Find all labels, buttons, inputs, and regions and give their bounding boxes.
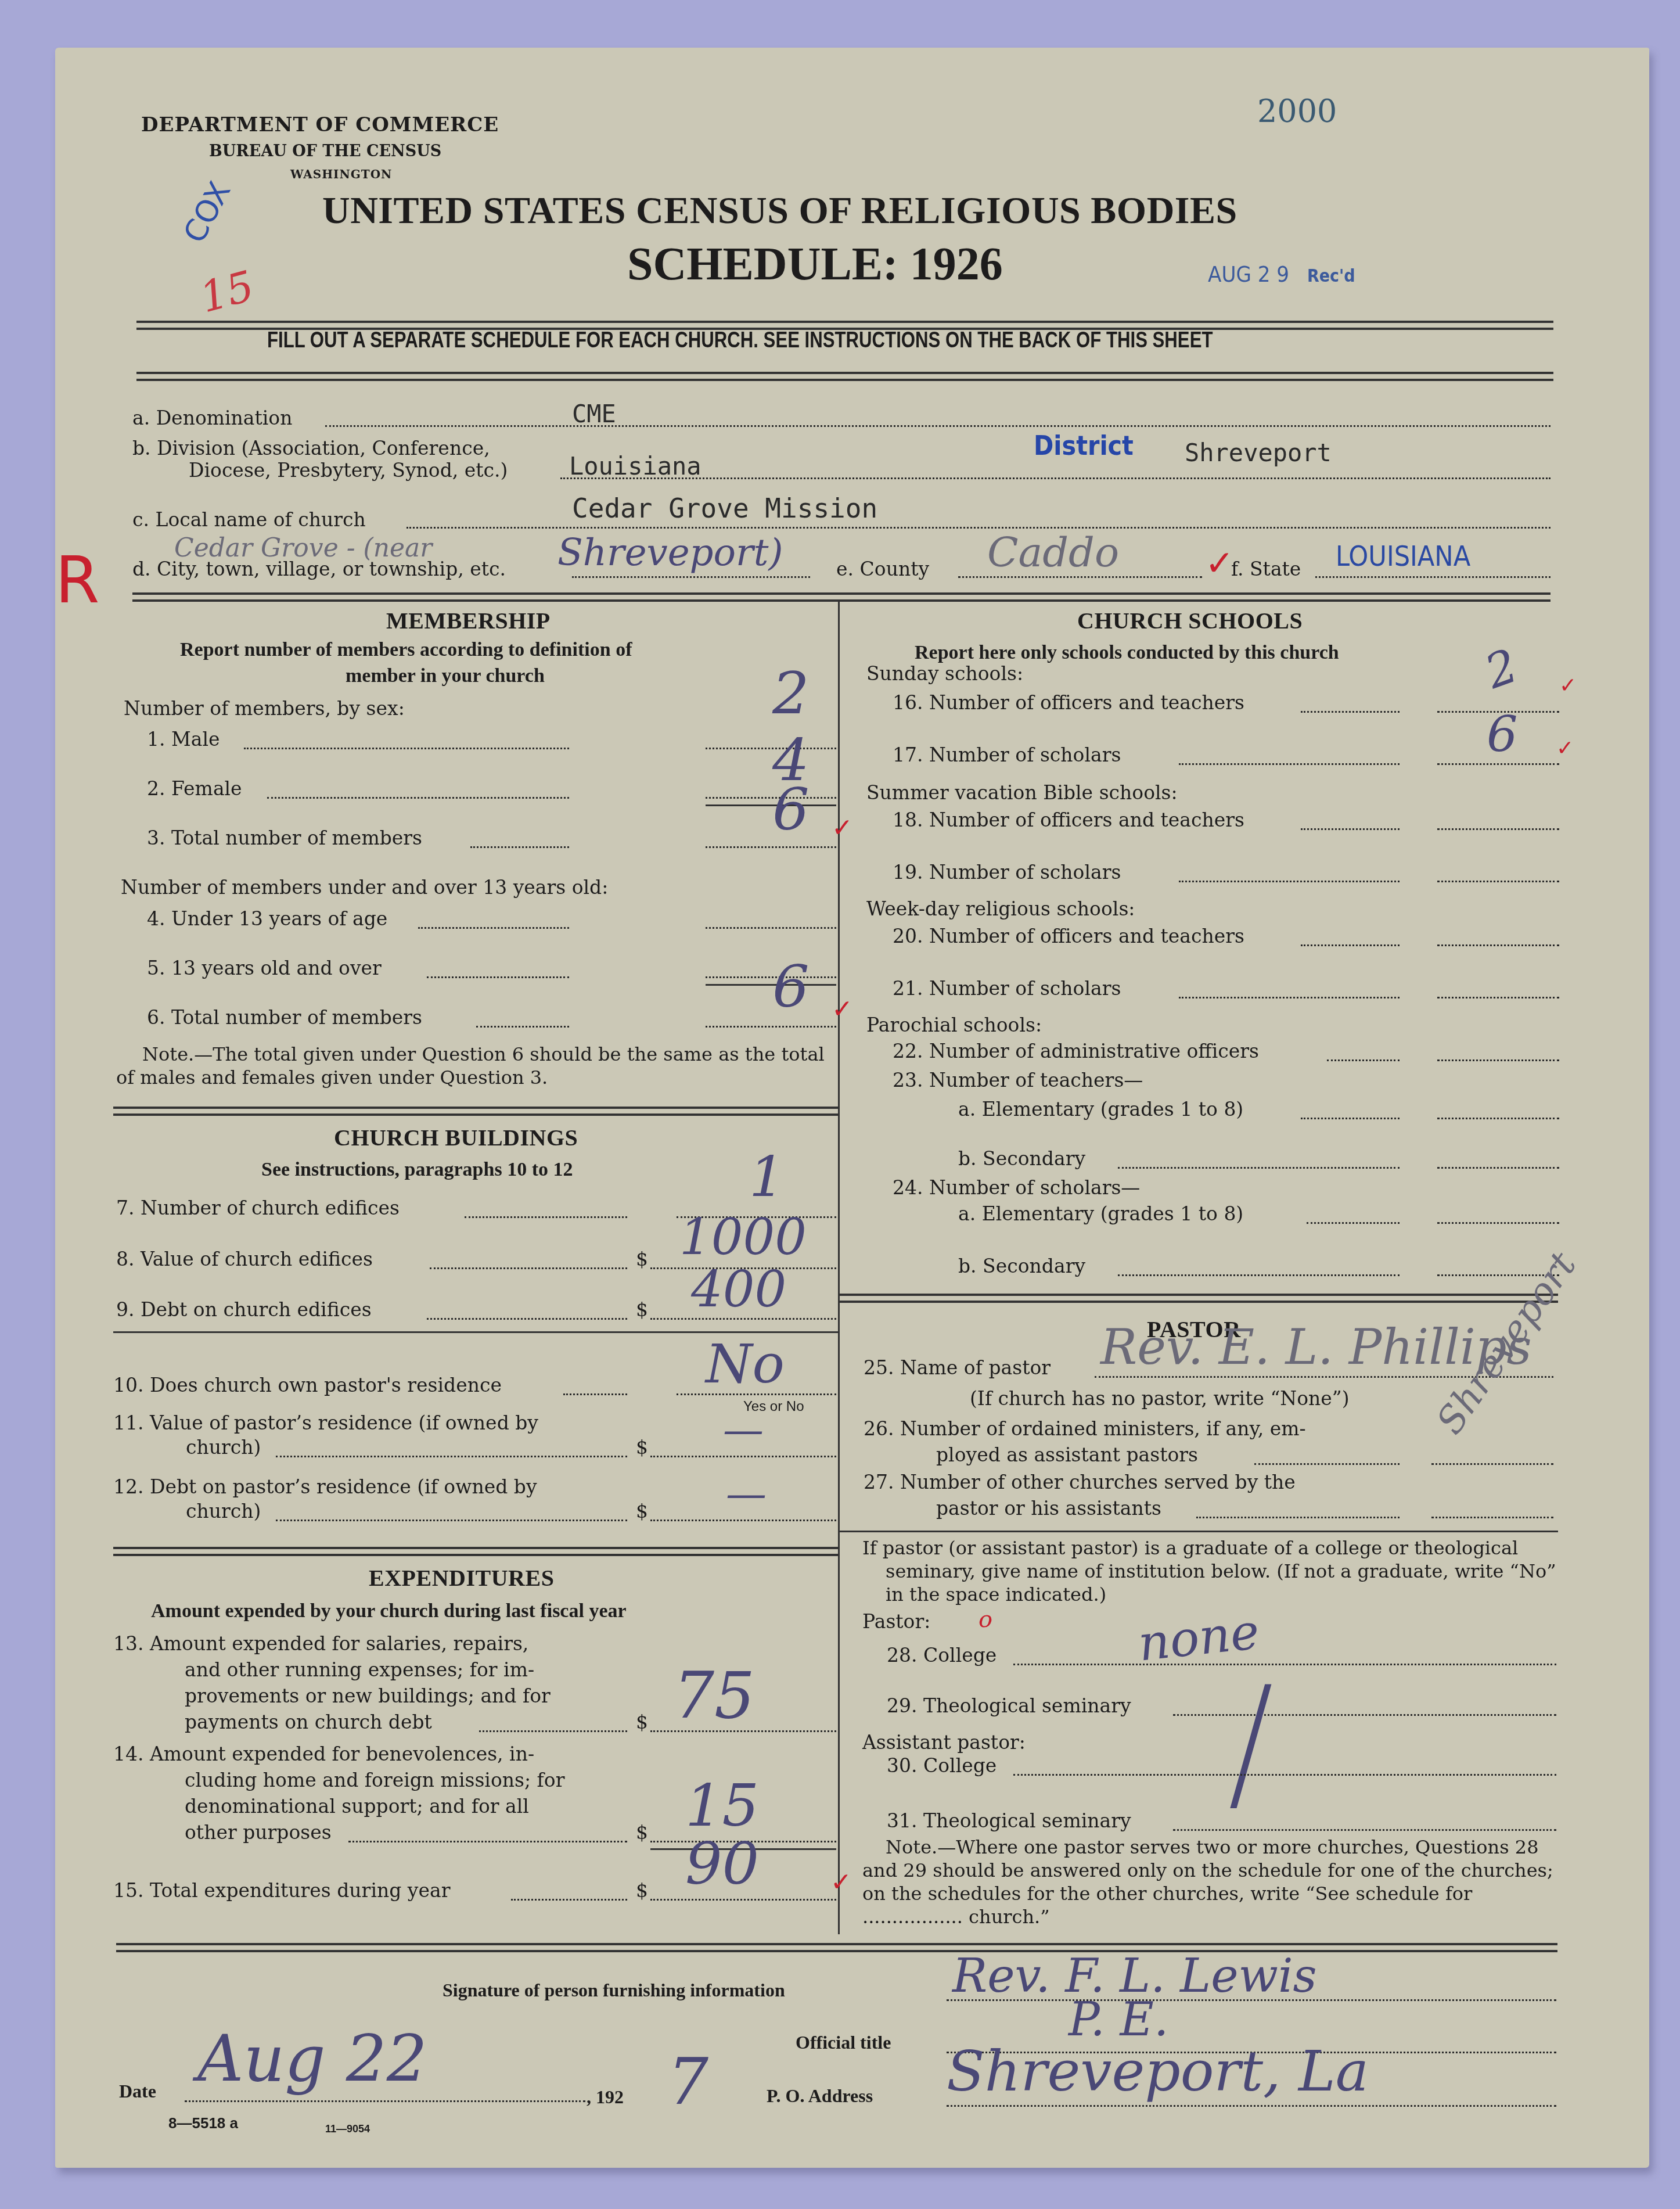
q24-label: 24. Number of scholars— xyxy=(893,1176,1140,1199)
city-field[interactable] xyxy=(572,576,810,578)
schools-title: CHURCH SCHOOLS xyxy=(1077,607,1303,634)
schools-subtitle: Report here only schools conducted by th… xyxy=(915,642,1339,664)
q19-label: 19. Number of scholars xyxy=(893,861,1121,883)
q3-total-label: 3. Total number of members xyxy=(147,827,422,849)
q14-label-3: denominational support; and for all xyxy=(185,1795,529,1818)
expenditures-title: EXPENDITURES xyxy=(369,1564,554,1592)
assistant-pastor-label: Assistant pastor: xyxy=(862,1731,1026,1754)
expenditures-subtitle: Amount expended by your church during la… xyxy=(151,1600,627,1622)
denomination-label: a. Denomination xyxy=(132,407,292,429)
q30-college-field[interactable] xyxy=(1013,1774,1556,1776)
pastor-divider xyxy=(838,1531,1558,1532)
column-divider xyxy=(838,599,840,1934)
q11-label-2: church) xyxy=(186,1436,261,1459)
q6-total-label: 6. Total number of members xyxy=(147,1006,422,1029)
q13-leader-dots xyxy=(479,1730,627,1732)
q12-value: — xyxy=(726,1470,767,1517)
q26-label-1: 26. Number of ordained ministers, if any… xyxy=(864,1417,1306,1440)
q17-field[interactable] xyxy=(1437,763,1559,765)
q31-seminary-field[interactable] xyxy=(1173,1829,1556,1831)
q9-leader-dots xyxy=(427,1318,627,1320)
year-value: 7 xyxy=(668,2045,708,2119)
state-field[interactable] xyxy=(1315,576,1551,578)
q8-dollar-sign: $ xyxy=(636,1248,648,1270)
local-name-label: c. Local name of church xyxy=(132,508,366,531)
q8-leader-dots xyxy=(430,1267,627,1269)
q12-label-2: church) xyxy=(186,1500,261,1522)
q20-leader-dots xyxy=(1301,944,1400,946)
file-number-stamp: 2000 xyxy=(1257,93,1337,130)
q11-dollar-sign: $ xyxy=(636,1436,648,1459)
q23a-field[interactable] xyxy=(1437,1118,1559,1119)
membership-note: Note.—The total given under Question 6 s… xyxy=(116,1043,828,1089)
q15-total-field[interactable] xyxy=(650,1899,836,1901)
county-label: e. County xyxy=(836,558,929,580)
department-name: DEPARTMENT OF COMMERCE xyxy=(141,113,499,137)
q13-dollar-sign: $ xyxy=(636,1711,648,1733)
q10-residence-value: No xyxy=(706,1333,785,1395)
q9-dollar-sign: $ xyxy=(636,1298,648,1321)
denomination-field[interactable] xyxy=(325,425,1551,427)
q22-leader-dots xyxy=(1327,1059,1400,1061)
received-date: AUG 2 9 xyxy=(1208,261,1289,287)
bureau-city: WASHINGTON xyxy=(290,167,392,181)
q13-label-4: payments on church debt xyxy=(185,1711,432,1733)
q1-male-label: 1. Male xyxy=(147,728,220,750)
q9-debt-value: 400 xyxy=(691,1260,786,1319)
q12-debt-field[interactable] xyxy=(650,1520,836,1521)
q10-leader-dots xyxy=(563,1393,627,1395)
q27-label-2: pastor or his assistants xyxy=(936,1497,1161,1520)
red-r-mark: R xyxy=(55,543,99,617)
q3-total-value: 6 xyxy=(772,775,810,843)
city-label: d. City, town, village, or township, etc… xyxy=(132,558,506,580)
q6-leader-dots xyxy=(476,1026,569,1028)
q4-under13-field[interactable] xyxy=(706,927,836,929)
q12-label-1: 12. Debt on pastor’s residence (if owned… xyxy=(113,1475,537,1498)
q16-leader-dots xyxy=(1301,711,1400,713)
q3-total-field[interactable] xyxy=(706,846,836,848)
summer-schools-label: Summer vacation Bible schools: xyxy=(866,781,1178,804)
sunday-schools-label: Sunday schools: xyxy=(866,662,1023,685)
q2-female-label: 2. Female xyxy=(147,777,242,800)
q28-label: 28. College xyxy=(887,1644,997,1666)
q5-sum-rule xyxy=(706,984,836,986)
q31-label: 31. Theological seminary xyxy=(887,1809,1131,1832)
official-title-label: Official title xyxy=(796,2032,891,2053)
q17-leader-dots xyxy=(1179,763,1400,765)
q26-field[interactable] xyxy=(1431,1463,1553,1465)
q5-leader-dots xyxy=(427,976,569,978)
members-by-sex-label: Number of members, by sex: xyxy=(124,697,405,720)
schools-divider xyxy=(838,1294,1558,1296)
q13-label-2: and other running expenses; for im- xyxy=(185,1658,534,1681)
division-field[interactable] xyxy=(560,477,1551,479)
q7-leader-dots xyxy=(465,1216,627,1218)
q29-label: 29. Theological seminary xyxy=(887,1694,1131,1717)
q15-total-value: 90 xyxy=(685,1830,759,1898)
q7-edifices-label: 7. Number of church edifices xyxy=(116,1197,400,1219)
q23a-label: a. Elementary (grades 1 to 8) xyxy=(958,1098,1243,1120)
weekday-schools-label: Week-day religious schools: xyxy=(866,897,1135,920)
q17-check-mark: ✓ xyxy=(1556,737,1574,760)
city-value: Shreveport) xyxy=(557,531,783,574)
q22-field[interactable] xyxy=(1437,1059,1559,1061)
membership-title: MEMBERSHIP xyxy=(386,607,551,634)
q1-leader-dots xyxy=(244,748,569,749)
q8-value-label: 8. Value of church edifices xyxy=(116,1248,373,1270)
q11-value: — xyxy=(723,1406,764,1453)
received-date-stamp: AUG 2 9 Rec'd xyxy=(1208,261,1355,287)
q23b-field[interactable] xyxy=(1437,1167,1559,1169)
q1-male-value: 2 xyxy=(772,659,810,727)
q12-leader-dots xyxy=(276,1520,627,1521)
date-value: Aug 22 xyxy=(197,2021,427,2096)
q15-dollar-sign: $ xyxy=(636,1879,648,1902)
q27-leader-dots xyxy=(1196,1517,1400,1518)
q29-seminary-field[interactable] xyxy=(1173,1714,1556,1716)
denomination-value: CME xyxy=(572,400,616,428)
district-value: Shreveport xyxy=(1185,439,1332,467)
membership-divider xyxy=(113,1107,838,1109)
q23b-label: b. Secondary xyxy=(958,1147,1085,1170)
q13-label-3: provements or new buildings; and for xyxy=(185,1684,551,1707)
membership-subtitle-2: member in your church xyxy=(346,665,545,687)
form-number: 8—5518 a xyxy=(168,2114,238,2132)
received-label: Rec'd xyxy=(1307,266,1355,286)
q8-value: 1000 xyxy=(679,1208,807,1266)
q21-label: 21. Number of scholars xyxy=(893,977,1121,1000)
q11-label-1: 11. Value of pastor’s residence (if owne… xyxy=(113,1411,538,1434)
q20-field[interactable] xyxy=(1437,944,1559,946)
education-intro: If pastor (or assistant pastor) is a gra… xyxy=(862,1536,1580,1606)
header-divider xyxy=(136,321,1553,323)
q4-leader-dots xyxy=(418,927,569,929)
q6-total-field[interactable] xyxy=(706,1026,836,1028)
q26-leader-dots xyxy=(1254,1463,1400,1465)
q3-check-mark: ✓ xyxy=(832,813,853,843)
q3-leader-dots xyxy=(470,846,569,848)
buildings-subtitle: See instructions, paragraphs 10 to 12 xyxy=(261,1159,573,1181)
q24a-field[interactable] xyxy=(1437,1222,1559,1224)
q18-label: 18. Number of officers and teachers xyxy=(893,809,1244,831)
q14-leader-dots xyxy=(348,1841,627,1842)
q24a-label: a. Elementary (grades 1 to 8) xyxy=(958,1202,1243,1225)
q10-residence-label: 10. Does church own pastor's residence xyxy=(113,1374,502,1396)
footer-divider xyxy=(116,1943,1557,1945)
county-check-mark: ✓ xyxy=(1205,543,1234,584)
q13-amount-value: 75 xyxy=(674,1658,755,1733)
q19-field[interactable] xyxy=(1437,881,1559,882)
q2-leader-dots xyxy=(267,797,569,799)
q2-sum-rule xyxy=(706,804,836,806)
schedule-title: SCHEDULE: 1926 xyxy=(627,238,1003,291)
state-label: f. State xyxy=(1231,558,1301,580)
q26-label-2: ployed as assistant pastors xyxy=(936,1443,1198,1466)
q18-leader-dots xyxy=(1301,828,1400,830)
q14-dollar-sign: $ xyxy=(636,1821,648,1844)
po-address-label: P. O. Address xyxy=(767,2085,873,2107)
q24b-label: b. Secondary xyxy=(958,1255,1085,1277)
print-code: 11—9054 xyxy=(325,2123,370,2135)
pastor-education-label: Pastor: xyxy=(862,1610,930,1633)
q18-field[interactable] xyxy=(1437,828,1559,830)
year-prefix: , 192 xyxy=(587,2086,624,2108)
membership-subtitle-1: Report number of members according to de… xyxy=(180,639,632,661)
q12-dollar-sign: $ xyxy=(636,1500,648,1522)
buildings-divider xyxy=(113,1547,838,1549)
q23b-leader-dots xyxy=(1118,1167,1400,1169)
q15-check-mark: ✓ xyxy=(830,1867,852,1897)
q25-label: 25. Name of pastor xyxy=(864,1356,1051,1379)
q21-field[interactable] xyxy=(1437,997,1559,998)
q24a-leader-dots xyxy=(1307,1222,1400,1224)
q25-hint: (If church has no pastor, write “None”) xyxy=(970,1387,1350,1410)
q13-label-1: 13. Amount expended for salaries, repair… xyxy=(113,1632,528,1655)
q22-label: 22. Number of administrative officers xyxy=(893,1040,1259,1062)
identification-divider xyxy=(132,592,1551,595)
q5-over13-field[interactable] xyxy=(706,976,836,978)
division-label-2: Diocese, Presbytery, Synod, etc.) xyxy=(189,459,508,482)
q4-under13-label: 4. Under 13 years of age xyxy=(147,907,387,930)
q27-label-1: 27. Number of other churches served by t… xyxy=(864,1471,1296,1493)
bureau-name: BUREAU OF THE CENSUS xyxy=(209,142,441,160)
q17-value: 6 xyxy=(1487,706,1517,763)
q7-edifices-value: 1 xyxy=(749,1144,785,1209)
q6-total-value: 6 xyxy=(772,953,810,1021)
q14-label-2: cluding home and foreign missions; for xyxy=(185,1769,564,1791)
q24b-leader-dots xyxy=(1118,1274,1400,1276)
q11-leader-dots xyxy=(276,1456,627,1457)
instructions-divider xyxy=(136,372,1553,374)
instructions-banner: FILL OUT A SEPARATE SCHEDULE FOR EACH CH… xyxy=(267,328,1213,353)
q28-college-field[interactable] xyxy=(1013,1664,1556,1665)
q1-male-field[interactable] xyxy=(706,748,836,749)
parochial-schools-label: Parochial schools: xyxy=(866,1014,1042,1036)
form-title: UNITED STATES CENSUS OF RELIGIOUS BODIES xyxy=(322,189,1237,233)
q29-seminary-value: / xyxy=(1237,1673,1265,1812)
buildings-title: CHURCH BUILDINGS xyxy=(334,1124,578,1151)
q23a-leader-dots xyxy=(1301,1118,1400,1119)
po-address-field[interactable] xyxy=(947,2105,1556,2107)
q17-label: 17. Number of scholars xyxy=(893,743,1121,766)
q27-field[interactable] xyxy=(1431,1517,1553,1518)
division-label-1: b. Division (Association, Conference, xyxy=(132,437,490,459)
date-label: Date xyxy=(119,2081,156,2102)
date-field[interactable] xyxy=(185,2100,585,2102)
q6-check-mark: ✓ xyxy=(832,994,853,1024)
members-by-age-label: Number of members under and over 13 year… xyxy=(121,876,608,899)
district-stamp: District xyxy=(1034,430,1134,461)
pastor-note: Note.—Where one pastor serves two or mor… xyxy=(862,1836,1556,1928)
q16-label: 16. Number of officers and teachers xyxy=(893,691,1244,714)
state-value: LOUISIANA xyxy=(1336,540,1470,573)
q9-debt-label: 9. Debt on church edifices xyxy=(116,1298,372,1321)
q11-value-field[interactable] xyxy=(650,1456,836,1457)
q23-label: 23. Number of teachers— xyxy=(893,1069,1143,1091)
q15-leader-dots xyxy=(511,1899,627,1901)
q30-label: 30. College xyxy=(887,1754,997,1777)
local-name-value: Cedar Grove Mission xyxy=(572,493,877,524)
pastor-red-mark: o xyxy=(978,1606,992,1633)
q14-label-1: 14. Amount expended for benevolences, in… xyxy=(113,1743,534,1765)
division-value: Louisiana xyxy=(569,452,702,480)
po-address-value: Shreveport, La xyxy=(947,2039,1369,2104)
local-name-field[interactable] xyxy=(406,527,1551,529)
q15-total-label: 15. Total expenditures during year xyxy=(113,1879,450,1902)
q5-over13-label: 5. 13 years old and over xyxy=(147,957,382,979)
county-field[interactable] xyxy=(958,576,1202,578)
q14-label-4: other purposes xyxy=(185,1821,332,1844)
county-value: Caddo xyxy=(987,529,1119,576)
q2-female-field[interactable] xyxy=(706,797,836,799)
signature-label: Signature of person furnishing informati… xyxy=(443,1980,785,2001)
q19-leader-dots xyxy=(1179,881,1400,882)
q21-leader-dots xyxy=(1179,997,1400,998)
q16-check-mark: ✓ xyxy=(1559,674,1577,698)
q20-label: 20. Number of officers and teachers xyxy=(893,925,1244,947)
